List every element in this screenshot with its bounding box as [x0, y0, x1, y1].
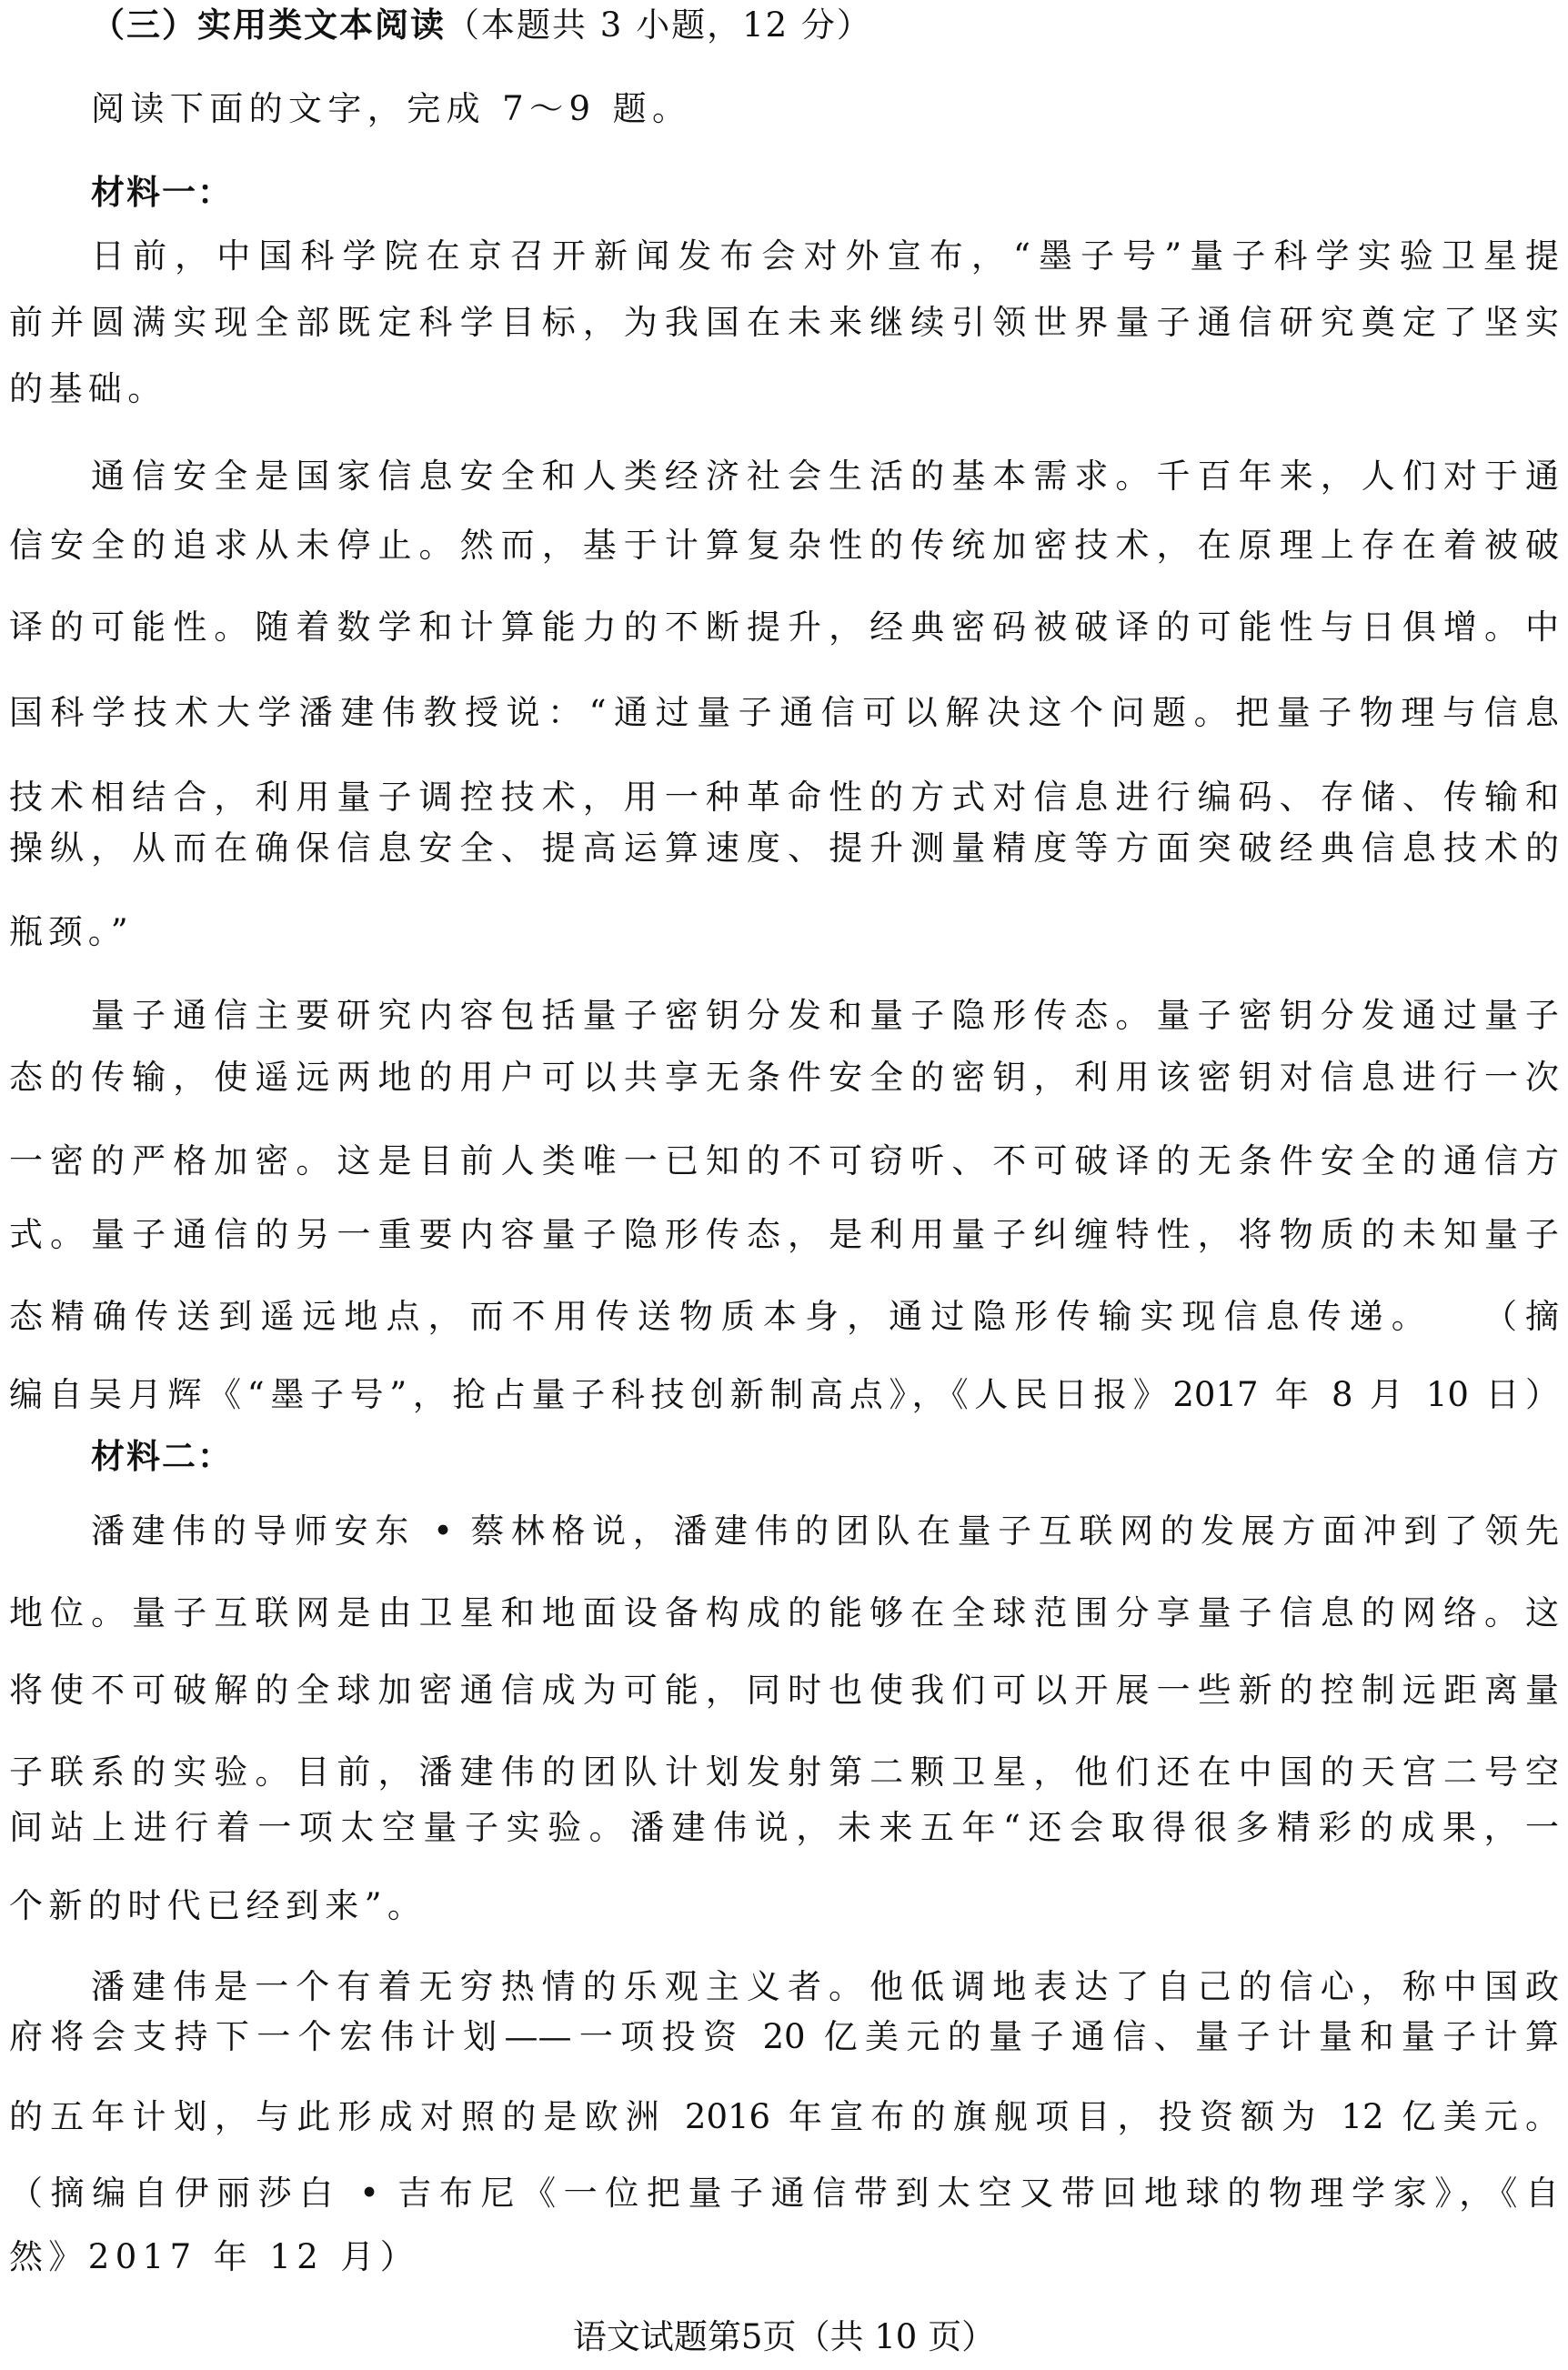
text-line: 府将会支持下一个宏伟计划——一项投资 20 亿美元的量子通信、量子计量和量子计算	[9, 2017, 1559, 2057]
text-line: 瓶颈。”	[9, 912, 134, 952]
text-line: 操纵，从而在确保信息安全、提高运算速度、提升测量精度等方面突破经典信息技术的	[9, 828, 1559, 869]
text-line: 译的可能性。随着数学和计算能力的不断提升，经典密码被破译的可能性与日俱增。中	[9, 608, 1559, 648]
text-line: 国科学技术大学潘建伟教授说：“通过量子通信可以解决这个问题。把量子物理与信息	[9, 693, 1559, 733]
text-line: 的基础。	[9, 369, 167, 409]
page-footer: 语文试题第5页（共 10 页）	[0, 2317, 1568, 2357]
text-line: 量子通信主要研究内容包括量子密钥分发和量子隐形传态。量子密钥分发通过量子	[91, 996, 1559, 1036]
text-line: 态精确传送到遥远地点，而不用传送物质本身，通过隐形传输实现信息传递。 （摘	[9, 1297, 1559, 1337]
section-title: （三）实用类文本阅读	[91, 5, 446, 45]
text-line: 态的传输，使遥远两地的用户可以共享无条件安全的密钥，利用该密钥对信息进行一次	[9, 1058, 1559, 1098]
text-line: 潘建伟的导师安东 • 蔡林格说，潘建伟的团队在量子互联网的发展方面冲到了领先	[91, 1511, 1559, 1552]
text-line: 子联系的实验。目前，潘建伟的团队计划发射第二颗卫星，他们还在中国的天宫二号空	[9, 1752, 1559, 1793]
text-line: 的五年计划，与此形成对照的是欧洲 2016 年宣布的旗舰项目，投资额为 12 亿…	[9, 2097, 1559, 2137]
text-line: 潘建伟是一个有着无穷热情的乐观主义者。他低调地表达了自己的信心，称中国政	[91, 1967, 1559, 2007]
text-line: 日前，中国科学院在京召开新闻发布会对外宣布，“墨子号”量子科学实验卫星提	[91, 236, 1559, 276]
text-line: 将使不可破解的全球加密通信成为可能，同时也使我们可以开展一些新的控制远距离量	[9, 1671, 1559, 1711]
text-line: 信安全的追求从未停止。然而，基于计算复杂性的传统加密技术，在原理上存在着被破	[9, 526, 1559, 566]
text-line: 个新的时代已经到来”。	[9, 1886, 427, 1926]
section-heading: （三）实用类文本阅读（本题共 3 小题，12 分）	[91, 5, 872, 45]
text-line: 技术相结合，利用量子调控技术，用一种革命性的方式对信息进行编码、存储、传输和	[9, 778, 1559, 818]
instruction: 阅读下面的文字，完成 7～9 题。	[91, 89, 691, 129]
material-1-heading: 材料一：	[91, 173, 233, 213]
text-line: 一密的严格加密。这是目前人类唯一已知的不可窃听、不可破译的无条件安全的通信方	[9, 1141, 1559, 1181]
material-2-heading: 材料二：	[91, 1437, 233, 1477]
text-line: 地位。量子互联网是由卫星和地面设备构成的能够在全球范围分享量子信息的网络。这	[9, 1593, 1559, 1633]
text-line: 前并圆满实现全部既定科学目标，为我国在未来继续引领世界量子通信研究奠定了坚实	[9, 303, 1559, 343]
source-citation: （摘编自伊丽莎白 • 吉布尼《一位把量子通信带到太空又带回地球的物理学家》，《自	[9, 2174, 1559, 2214]
source-citation: 编自吴月辉《“墨子号”，抢占量子科技创新制高点》，《人民日报》2017 年 8 …	[9, 1375, 1559, 1415]
source-citation-end: 然》2017 年 12 月）	[9, 2237, 419, 2277]
text-line: 通信安全是国家信息安全和人类经济社会生活的基本需求。千百年来，人们对于通	[91, 457, 1559, 497]
text-line: 间站上进行着一项太空量子实验。潘建伟说，未来五年“还会取得很多精彩的成果，一	[9, 1808, 1559, 1848]
text-line: 式。量子通信的另一重要内容量子隐形传态，是利用量子纠缠特性，将物质的未知量子	[9, 1215, 1559, 1255]
section-score-note: （本题共 3 小题，12 分）	[446, 5, 872, 45]
